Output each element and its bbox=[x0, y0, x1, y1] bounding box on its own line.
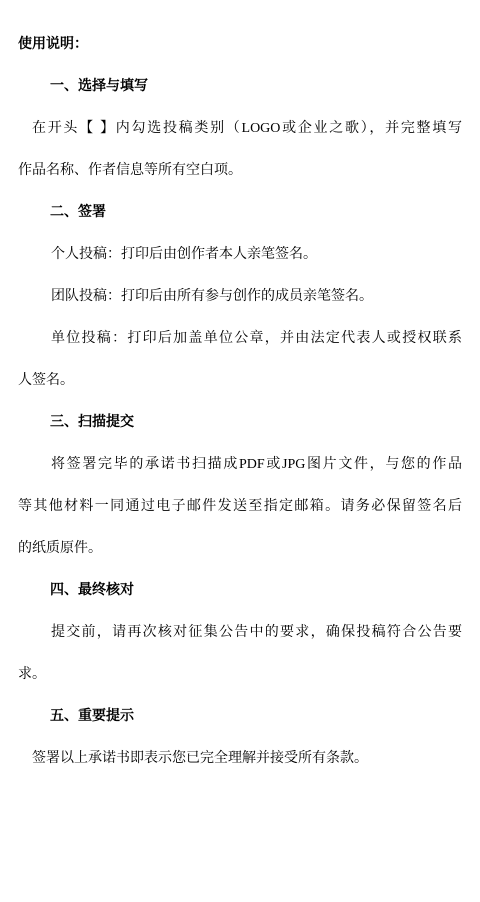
section-3-heading: 三、扫描提交 bbox=[18, 402, 462, 444]
section-5-paragraph-1-line-1: 签署以上承诺书即表示您已完全理解并接受所有条款。 bbox=[18, 738, 462, 780]
section-2-paragraph-2-line-1: 团队投稿：打印后由所有参与创作的成员亲笔签名。 bbox=[18, 276, 462, 318]
section-4-heading: 四、最终核对 bbox=[18, 570, 462, 612]
section-4-paragraph-1-line-2: 求。 bbox=[18, 654, 462, 696]
section-2-heading: 二、签署 bbox=[18, 192, 462, 234]
section-1-paragraph-1-line-1: 在开头【 】内勾选投稿类别（LOGO或企业之歌），并完整填写 bbox=[18, 108, 462, 150]
section-5-heading: 五、重要提示 bbox=[18, 696, 462, 738]
section-3-paragraph-1-line-1: 将签署完毕的承诺书扫描成PDF或JPG图片文件，与您的作品 bbox=[18, 444, 462, 486]
document-page: 使用说明： 一、选择与填写 在开头【 】内勾选投稿类别（LOGO或企业之歌），并… bbox=[0, 0, 480, 902]
section-2-paragraph-3-line-2: 人签名。 bbox=[18, 360, 462, 402]
section-4-paragraph-1-line-1: 提交前，请再次核对征集公告中的要求，确保投稿符合公告要 bbox=[18, 612, 462, 654]
section-1-paragraph-1-line-2: 作品名称、作者信息等所有空白项。 bbox=[18, 150, 462, 192]
section-2-paragraph-3-line-1: 单位投稿：打印后加盖单位公章，并由法定代表人或授权联系 bbox=[18, 318, 462, 360]
section-3-paragraph-1-line-3: 的纸质原件。 bbox=[18, 528, 462, 570]
section-1-heading: 一、选择与填写 bbox=[18, 66, 462, 108]
section-3-paragraph-1-line-2: 等其他材料一同通过电子邮件发送至指定邮箱。请务必保留签名后 bbox=[18, 486, 462, 528]
section-2-paragraph-1-line-1: 个人投稿：打印后由创作者本人亲笔签名。 bbox=[18, 234, 462, 276]
doc-title: 使用说明： bbox=[18, 24, 462, 66]
